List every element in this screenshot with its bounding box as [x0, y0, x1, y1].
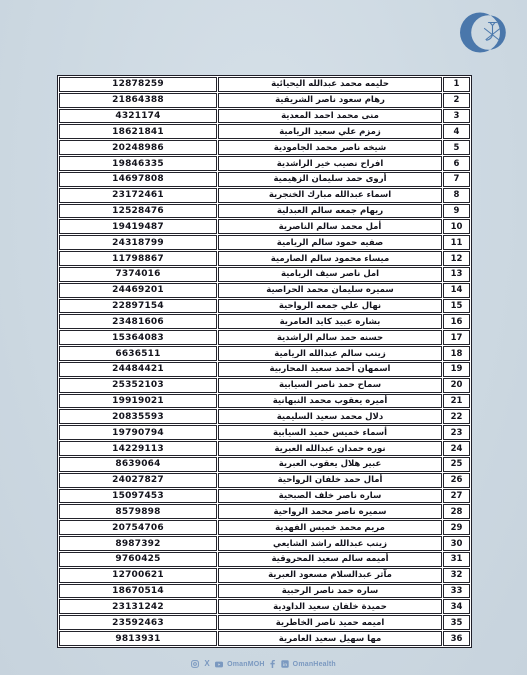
civil-id-cell: 9813931 — [59, 631, 217, 646]
person-name-cell: أميره يعقوب محمد النبهانية — [218, 394, 442, 409]
civil-id-cell: 9760425 — [59, 552, 217, 567]
serial-number-cell: 17 — [443, 330, 470, 345]
serial-number-cell: 15 — [443, 299, 470, 314]
person-name-cell: بشاره عبيد كايد العامرية — [218, 314, 442, 329]
serial-number-cell: 20 — [443, 378, 470, 393]
civil-id-cell: 14697808 — [59, 172, 217, 187]
civil-id-cell: 23131242 — [59, 599, 217, 614]
civil-id-cell: 23172461 — [59, 188, 217, 203]
serial-number-cell: 9 — [443, 204, 470, 219]
civil-id-cell: 20835593 — [59, 409, 217, 424]
serial-number-cell: 7 — [443, 172, 470, 187]
serial-number-cell: 3 — [443, 109, 470, 124]
serial-number-cell: 12 — [443, 251, 470, 266]
roster-table: 12878259 حليمه محمد عبدالله اليحيائية 1 … — [59, 77, 470, 646]
civil-id-cell: 18621841 — [59, 124, 217, 139]
civil-id-cell: 24027827 — [59, 473, 217, 488]
person-name-cell: أمال حمد خلفان الرواحية — [218, 473, 442, 488]
document-page: 12878259 حليمه محمد عبدالله اليحيائية 1 … — [0, 0, 527, 675]
person-name-cell: عبير هلال يعقوب العبرية — [218, 457, 442, 472]
person-name-cell: رهام سعود ناصر الشريقية — [218, 93, 442, 108]
person-name-cell: زينب عبدالله راشد الشايعي — [218, 536, 442, 551]
person-name-cell: صفيه حمود سالم الريامية — [218, 235, 442, 250]
social-footer: X OmanMOH in OmanHealth — [0, 660, 527, 668]
serial-number-cell: 2 — [443, 93, 470, 108]
serial-number-cell: 25 — [443, 457, 470, 472]
civil-id-cell: 19846335 — [59, 156, 217, 171]
person-name-cell: مها سهيل سعيد العامرية — [218, 631, 442, 646]
person-name-cell: دلال محمد سعيد السليمية — [218, 409, 442, 424]
person-name-cell: مآثر عبدالسلام مسعود العبرية — [218, 568, 442, 583]
civil-id-cell: 20754706 — [59, 520, 217, 535]
person-name-cell: أروى حمد سليمان الزهيمية — [218, 172, 442, 187]
person-name-cell: أميمه سالم سعيد المحروقية — [218, 552, 442, 567]
civil-id-cell: 14229113 — [59, 441, 217, 456]
serial-number-cell: 36 — [443, 631, 470, 646]
civil-id-cell: 19419487 — [59, 219, 217, 234]
roster-table-frame: 12878259 حليمه محمد عبدالله اليحيائية 1 … — [57, 75, 472, 648]
civil-id-cell: 24469201 — [59, 283, 217, 298]
linkedin-icon: in — [281, 660, 289, 668]
person-name-cell: مريم محمد خميس الفهدية — [218, 520, 442, 535]
ministry-of-health-oman-logo — [459, 9, 507, 56]
serial-number-cell: 4 — [443, 124, 470, 139]
serial-number-cell: 33 — [443, 584, 470, 599]
person-name-cell: زينب سالم عبدالله الريامية — [218, 346, 442, 361]
facebook-icon — [269, 660, 277, 668]
person-name-cell: ساره ناصر خلف الصبحية — [218, 489, 442, 504]
serial-number-cell: 14 — [443, 283, 470, 298]
civil-id-cell: 15364083 — [59, 330, 217, 345]
person-name-cell: حليمه محمد عبدالله اليحيائية — [218, 77, 442, 92]
serial-number-cell: 29 — [443, 520, 470, 535]
serial-number-cell: 22 — [443, 409, 470, 424]
svg-text:in: in — [283, 662, 287, 667]
civil-id-cell: 8639064 — [59, 457, 217, 472]
person-name-cell: أمل محمد سالم الناصرية — [218, 219, 442, 234]
civil-id-cell: 4321174 — [59, 109, 217, 124]
person-name-cell: ميساء محمود سالم الصارمية — [218, 251, 442, 266]
person-name-cell: سميره ناصر محمد الرواحية — [218, 504, 442, 519]
serial-number-cell: 23 — [443, 425, 470, 440]
serial-number-cell: 26 — [443, 473, 470, 488]
person-name-cell: أسماء خميس حميد السيابية — [218, 425, 442, 440]
oman-moh-handle: OmanMOH — [227, 661, 265, 668]
civil-id-cell: 24484421 — [59, 362, 217, 377]
serial-number-cell: 11 — [443, 235, 470, 250]
civil-id-cell: 7374016 — [59, 267, 217, 282]
civil-id-cell: 20248986 — [59, 140, 217, 155]
serial-number-cell: 8 — [443, 188, 470, 203]
civil-id-cell: 18670514 — [59, 584, 217, 599]
civil-id-cell: 11798867 — [59, 251, 217, 266]
civil-id-cell: 19790794 — [59, 425, 217, 440]
civil-id-cell: 12700621 — [59, 568, 217, 583]
oman-health-handle: OmanHealth — [293, 661, 336, 668]
serial-number-cell: 24 — [443, 441, 470, 456]
civil-id-cell: 22897154 — [59, 299, 217, 314]
person-name-cell: منى محمد احمد المعدية — [218, 109, 442, 124]
civil-id-cell: 25352103 — [59, 378, 217, 393]
civil-id-cell: 8987392 — [59, 536, 217, 551]
person-name-cell: سماح حمد ناصر السيابية — [218, 378, 442, 393]
civil-id-cell: 12878259 — [59, 77, 217, 92]
instagram-icon — [191, 660, 199, 668]
civil-id-cell: 23481606 — [59, 314, 217, 329]
civil-id-cell: 15097453 — [59, 489, 217, 504]
serial-number-cell: 18 — [443, 346, 470, 361]
person-name-cell: اسماء عبدالله مبارك الخنجرية — [218, 188, 442, 203]
person-name-cell: سميره سليمان محمد الحراصية — [218, 283, 442, 298]
civil-id-cell: 24318799 — [59, 235, 217, 250]
serial-number-cell: 35 — [443, 615, 470, 630]
serial-number-cell: 32 — [443, 568, 470, 583]
person-name-cell: ساره حمد ناصر الرحبية — [218, 584, 442, 599]
civil-id-cell: 23592463 — [59, 615, 217, 630]
serial-number-cell: 13 — [443, 267, 470, 282]
serial-number-cell: 10 — [443, 219, 470, 234]
serial-number-cell: 5 — [443, 140, 470, 155]
civil-id-cell: 8579898 — [59, 504, 217, 519]
serial-number-cell: 21 — [443, 394, 470, 409]
youtube-icon — [215, 660, 223, 668]
serial-number-cell: 28 — [443, 504, 470, 519]
person-name-cell: حسنه حمد سالم الراشدية — [218, 330, 442, 345]
person-name-cell: نوره حمدان عبدالله العبرية — [218, 441, 442, 456]
serial-number-cell: 19 — [443, 362, 470, 377]
person-name-cell: زمزم علي سعيد الريامية — [218, 124, 442, 139]
civil-id-cell: 19919021 — [59, 394, 217, 409]
civil-id-cell: 21864388 — [59, 93, 217, 108]
person-name-cell: شيخه ناصر محمد الجامودية — [218, 140, 442, 155]
person-name-cell: ريهام جمعه سالم العبدلية — [218, 204, 442, 219]
serial-number-cell: 27 — [443, 489, 470, 504]
person-name-cell: اسمهان أحمد سعيد المحاربية — [218, 362, 442, 377]
serial-number-cell: 16 — [443, 314, 470, 329]
civil-id-cell: 12528476 — [59, 204, 217, 219]
civil-id-cell: 6636511 — [59, 346, 217, 361]
person-name-cell: اميمه حميد ناصر الخاطرية — [218, 615, 442, 630]
serial-number-cell: 34 — [443, 599, 470, 614]
person-name-cell: افراح نصيب خير الراشدية — [218, 156, 442, 171]
x-twitter-icon: X — [203, 660, 211, 668]
serial-number-cell: 31 — [443, 552, 470, 567]
person-name-cell: حميدة خلفان سعيد الداودية — [218, 599, 442, 614]
serial-number-cell: 30 — [443, 536, 470, 551]
serial-number-cell: 6 — [443, 156, 470, 171]
person-name-cell: امل ناصر سيف الريامية — [218, 267, 442, 282]
crescent-khanjar-icon — [459, 9, 507, 56]
serial-number-cell: 1 — [443, 77, 470, 92]
person-name-cell: نهال علي جمعه الرواحية — [218, 299, 442, 314]
